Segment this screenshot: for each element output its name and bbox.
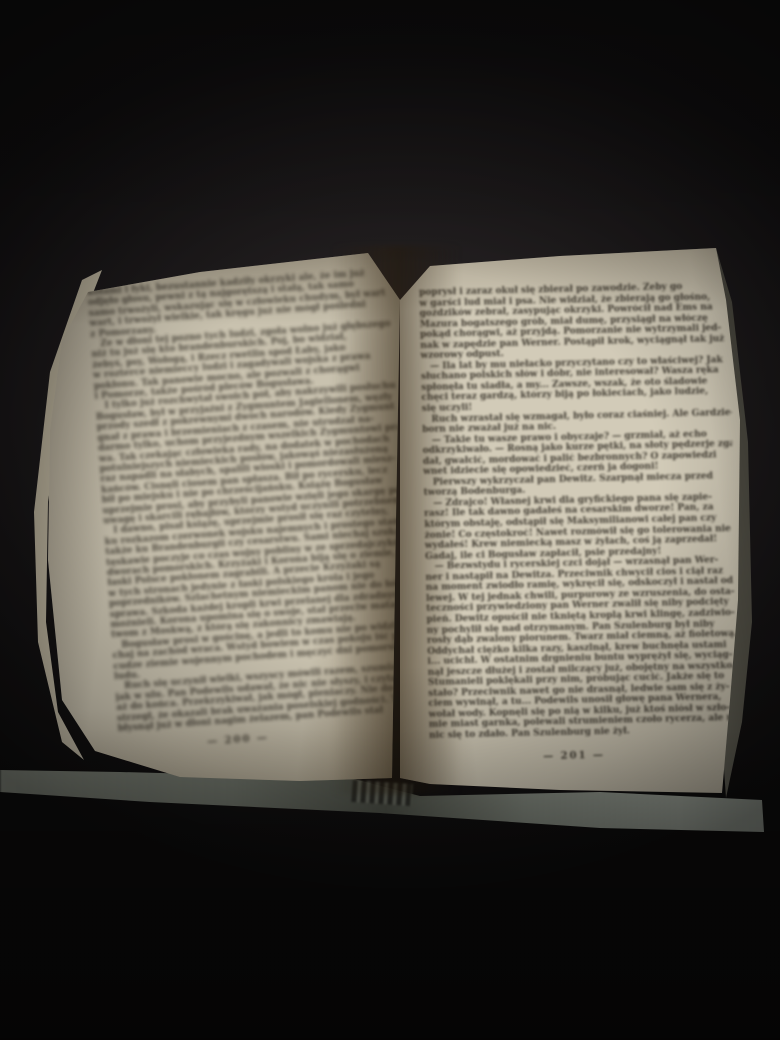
right-page-number: — 201 — bbox=[419, 747, 729, 765]
photo-scene: kołami i łyki, bezustannie kadziły okrzy… bbox=[0, 0, 780, 1040]
right-page: poprysł i zaraz okuł się zbierał po zawo… bbox=[395, 244, 757, 804]
left-page-text: kołami i łyki, bezustannie kadziły okrzy… bbox=[87, 267, 405, 734]
binding-stitches bbox=[351, 780, 412, 806]
right-page-text: poprysł i zaraz okuł się zbierał po zawo… bbox=[419, 281, 739, 741]
left-page: kołami i łyki, bezustannie kadziły okrzy… bbox=[45, 248, 405, 796]
